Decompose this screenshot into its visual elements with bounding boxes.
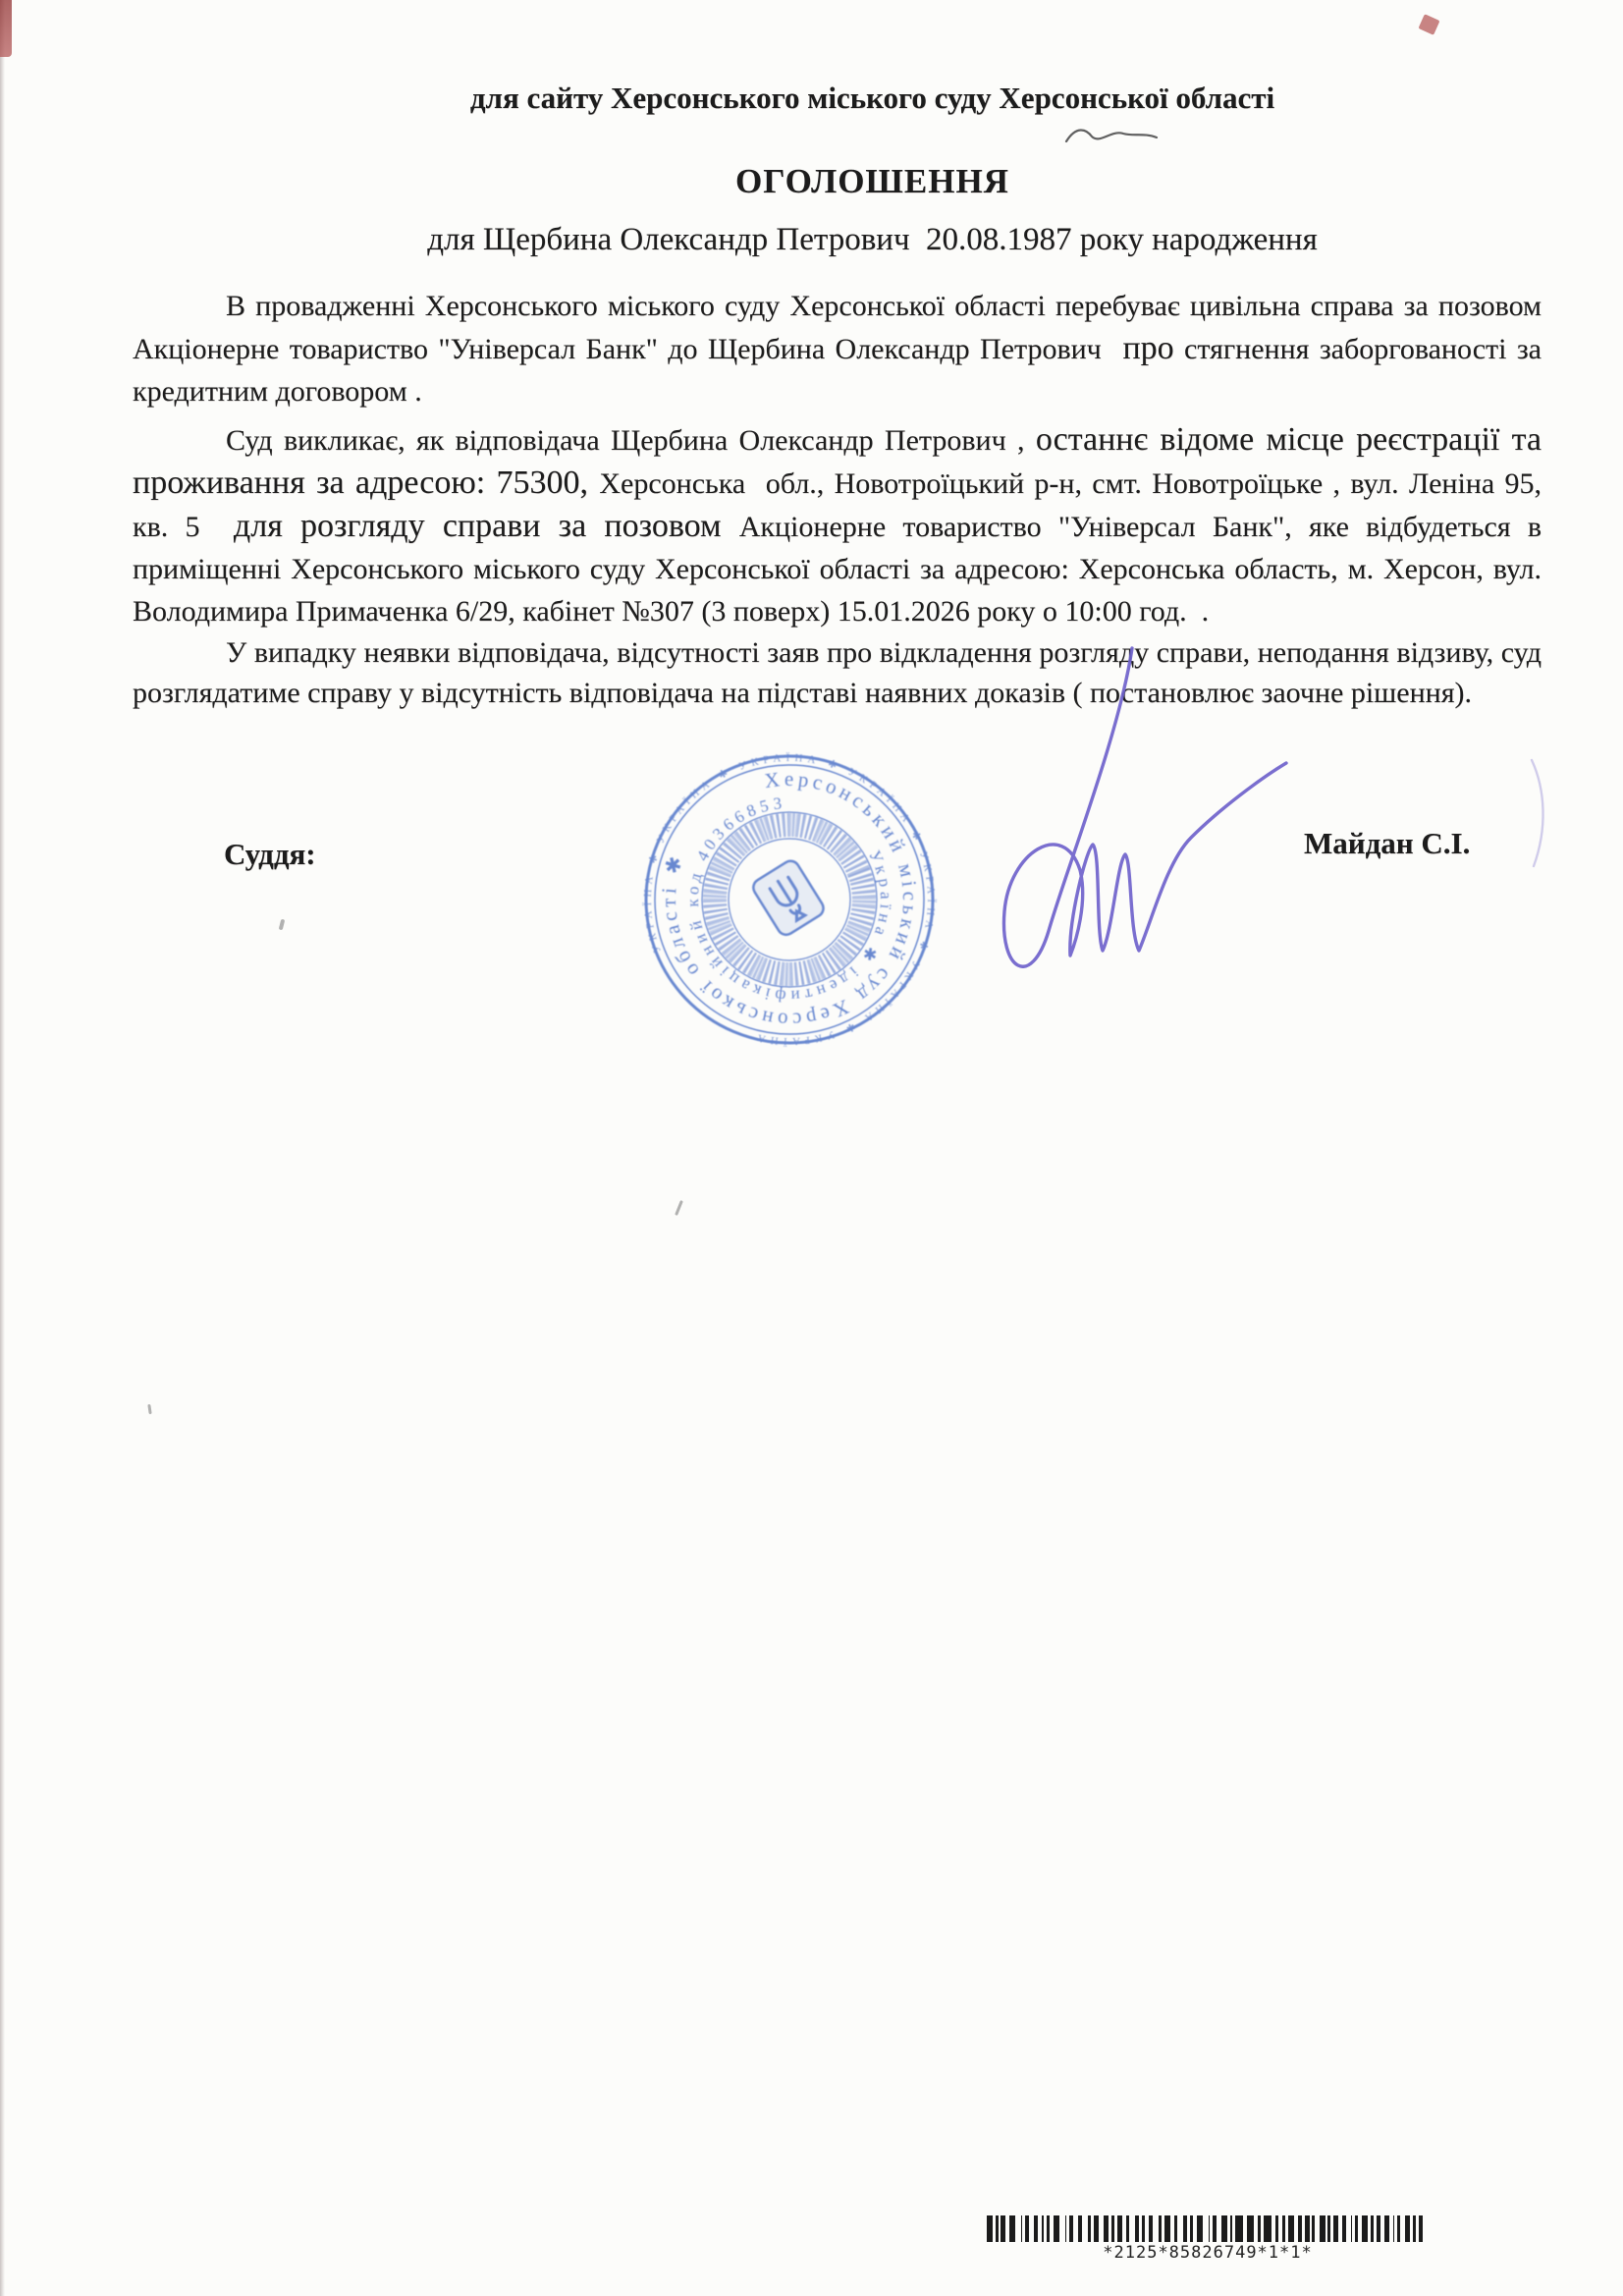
document-content: для сайту Херсонського міського суду Хер… — [133, 0, 1542, 713]
scan-edge-shadow — [0, 0, 5, 2296]
barcode-text: *2125*85826749*1*1* — [987, 2243, 1429, 2263]
ink-speck — [675, 1200, 683, 1216]
ink-speck — [147, 1404, 151, 1414]
ink-speck — [279, 919, 286, 931]
document-header: для сайту Херсонського міського суду Хер… — [133, 79, 1542, 118]
barcode-bar — [1235, 2215, 1242, 2242]
announcement-subtitle: для Щербина Олександр Петрович 20.08.198… — [133, 218, 1542, 261]
barcode: *2125*85826749*1*1* — [987, 2215, 1429, 2263]
text-segment: для розгляду справи за позовом — [234, 508, 739, 544]
barcode-gap — [1423, 2215, 1427, 2242]
pen-curve-mark — [1528, 758, 1553, 870]
stamp-trident-shield — [750, 857, 827, 938]
barcode-bar — [1247, 2215, 1254, 2242]
judge-label: Суддя: — [224, 837, 316, 872]
text-segment: про — [1111, 330, 1174, 366]
judge-signature — [967, 615, 1340, 998]
barcode-bars — [987, 2215, 1429, 2242]
scanned-court-document-page: для сайту Херсонського міського суду Хер… — [0, 0, 1623, 2296]
paragraph-summons: Суд викликає, як відповідача Щербина Оле… — [133, 418, 1542, 632]
announcement-title: ОГОЛОШЕННЯ — [133, 161, 1542, 202]
text-segment: Суд викликає, як відповідача Щербина Оле… — [226, 424, 1036, 457]
court-stamp: УКРАЇНА ✱ УКРАЇНА ✱ УКРАЇНА ✱ УКРАЇНА ✱ … — [638, 748, 941, 1051]
paragraph-case-info: В провадженні Херсонського міського суду… — [133, 285, 1542, 412]
barcode-bar — [1264, 2215, 1271, 2242]
scan-mark-top-left — [0, 0, 12, 57]
